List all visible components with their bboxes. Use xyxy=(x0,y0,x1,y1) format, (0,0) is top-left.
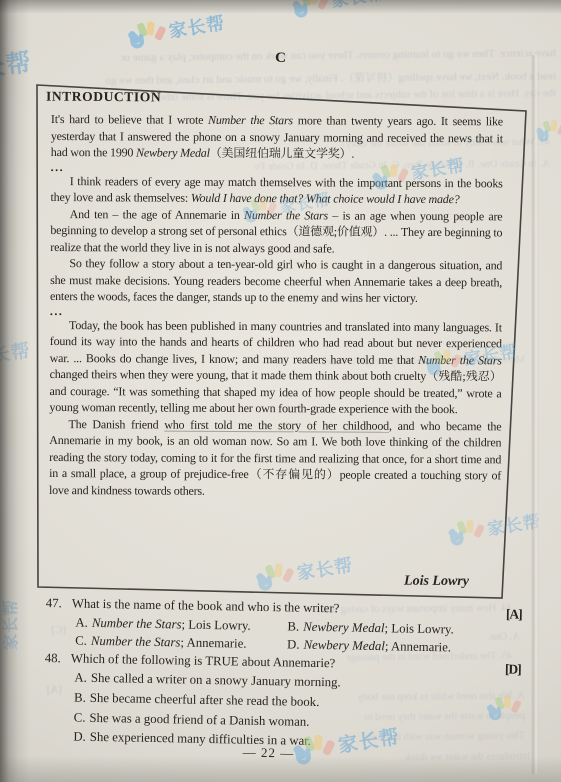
passage-title: INTRODUCTION xyxy=(46,89,161,106)
book-title-italic: Newbery Medal xyxy=(303,638,385,653)
text-segment: ... xyxy=(50,303,64,317)
question-stem: Which of the following is TRUE about Ann… xyxy=(71,651,336,670)
questions-section: 47.What is the name of the book and who … xyxy=(43,594,524,756)
text-segment: changed theirs when they were young, tha… xyxy=(49,367,501,416)
text-segment: She called a writer on a snowy January m… xyxy=(91,671,341,690)
passage-paragraph: And ten – the age of Annemarie in Number… xyxy=(50,205,502,257)
option-label: D. xyxy=(287,637,300,651)
scanned-exam-page: have science. Then we go to learning cen… xyxy=(0,0,561,782)
section-label: C xyxy=(0,50,561,67)
passage-body: It's hard to believe that I wrote Number… xyxy=(49,111,503,500)
passage-paragraph: I think readers of every age may match t… xyxy=(51,172,503,207)
book-title-italic: Would I have done that? What choice woul… xyxy=(191,191,460,206)
text-segment: ; Lois Lowry. xyxy=(181,617,250,632)
text-segment: She became cheerful after she read the b… xyxy=(90,691,320,709)
text-segment: ; Annemarie. xyxy=(385,639,451,654)
book-title-italic: Number the Stars xyxy=(92,616,182,632)
option-label: C. xyxy=(74,710,86,724)
option-label: C. xyxy=(75,634,87,648)
option-label: A. xyxy=(75,616,88,630)
question-stem: What is the name of the book and who is … xyxy=(72,596,340,615)
text-segment: So they follow a story about a ten-year-… xyxy=(50,256,502,305)
text-segment: ; Annemarie. xyxy=(180,635,246,650)
text-segment: And ten – the age of Annemarie in xyxy=(70,207,244,222)
book-title-italic: Number the Stars xyxy=(244,208,328,222)
text-segment: （美国纽伯瑞儿童文学奖）. xyxy=(210,146,354,161)
option-label: B. xyxy=(74,690,86,704)
text-segment: who first told me the story of her child… xyxy=(164,417,389,432)
text-segment: ; Lois Lowry. xyxy=(384,621,453,636)
text-segment: She was a good friend of a Danish woman. xyxy=(89,710,309,728)
book-title-italic: Number the Stars xyxy=(418,352,502,366)
book-title-italic: Number the Stars xyxy=(91,634,181,650)
option-label: A. xyxy=(74,671,87,685)
text-segment: The Danish friend xyxy=(69,417,165,432)
answer-key-badge: [D] xyxy=(505,659,521,678)
author-signature: Lois Lowry xyxy=(51,572,503,590)
text-segment: ... xyxy=(51,159,65,173)
question-number: 47. xyxy=(46,594,72,613)
option-label: B. xyxy=(287,619,299,633)
answer-key-badge: [A] xyxy=(506,604,522,623)
passage-paragraph: Today, the book has been published in ma… xyxy=(49,316,502,417)
text-segment: It's hard to believe that I wrote xyxy=(51,112,208,127)
question-number: 48. xyxy=(45,649,71,668)
passage-paragraph: The Danish friend who first told me the … xyxy=(49,415,501,500)
book-title-italic: Newbery Medal xyxy=(136,145,210,159)
book-title-italic: Newbery Medal xyxy=(303,620,385,635)
passage-paragraph: So they follow a story about a ten-year-… xyxy=(50,255,502,307)
passage-paragraph: It's hard to believe that I wrote Number… xyxy=(51,111,503,163)
book-title-italic: Number the Stars xyxy=(208,113,293,127)
